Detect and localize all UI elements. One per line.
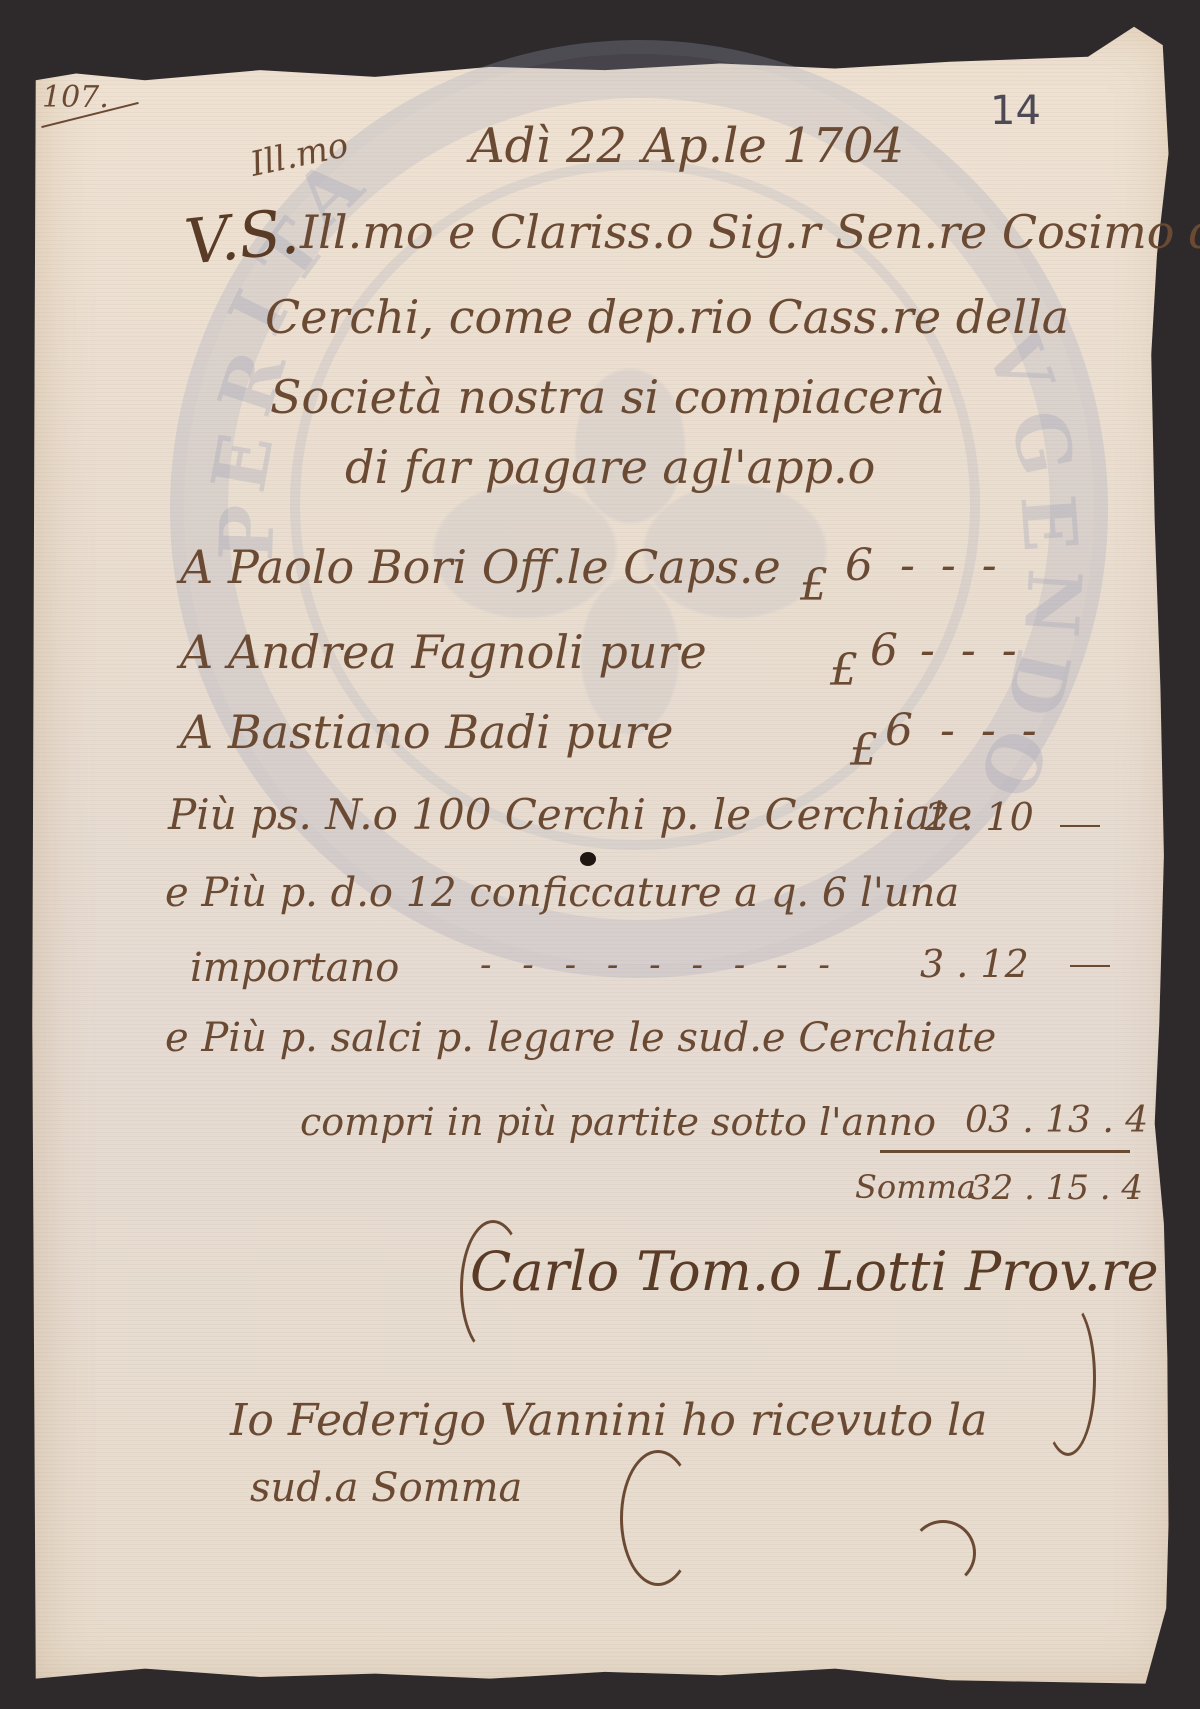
entry-3-currency: £ (850, 725, 878, 776)
entry-2-text: A Andrea Fagnoli pure (180, 625, 707, 679)
stamp-letter: G (993, 403, 1090, 483)
body-line-4: di far pagare agl'app.o (345, 440, 875, 494)
signature-flourish-right (1040, 1300, 1096, 1456)
entry-8-amount: 03 . 13 . 4 (965, 1100, 1148, 1141)
receipt-line-2: sud.a Somma (250, 1465, 522, 1511)
entry-7-text: e Più p. salci p. legare le sud.e Cerchi… (165, 1015, 996, 1061)
salutation-mark: V.S. (181, 194, 302, 278)
entry-5-text: e Più p. d.o 12 conficcature a q. 6 l'un… (165, 870, 959, 916)
entry-2-currency: £ (830, 645, 858, 696)
stamp-letter: E (196, 428, 290, 498)
entry-2-amount: 6 (870, 625, 898, 676)
entry-1-amount: 6 (845, 540, 873, 591)
date-line: Adì 22 Ap.le 1704 (470, 118, 904, 174)
entry-4-amount: 2 . 10 (925, 795, 1034, 839)
ink-blot (580, 852, 596, 866)
total-amount: 32 . 15 . 4 (970, 1168, 1143, 1208)
body-line-3: Società nostra si compiacerà (270, 370, 945, 424)
entry-3-text: A Bastiano Badi pure (180, 705, 674, 759)
entry-8-text: compri in più partite sotto l'anno (300, 1100, 936, 1144)
entry-3-amount: 6 (885, 705, 913, 756)
signature: Carlo Tom.o Lotti Prov.re (470, 1240, 1159, 1303)
receipt-line-1: Io Federigo Vannini ho ricevuto la (230, 1395, 987, 1446)
entry-3-filler: - - - (940, 705, 1043, 756)
signature-flourish (460, 1220, 526, 1356)
entry-2-filler: - - - (920, 625, 1023, 676)
page-number: 14 (990, 88, 1041, 134)
receipt-flourish-right (910, 1520, 976, 1586)
entry-1-filler: - - - (900, 540, 1003, 591)
entry-1-text: A Paolo Bori Off.le Caps.e (180, 540, 781, 594)
body-line-2: Cerchi, come dep.rio Cass.re della (265, 290, 1069, 344)
folio-number: 107. (42, 80, 109, 115)
entry-4-text: Più ps. N.o 100 Cerchi p. le Cerchiate (168, 790, 972, 839)
entry-1-currency: £ (800, 560, 828, 611)
entry-6-dash (1070, 965, 1110, 967)
receipt-flourish (620, 1450, 696, 1586)
stamp-letter: E (1003, 492, 1093, 554)
body-line-1: Ill.mo e Clariss.o Sig.r Sen.re Cosimo d… (300, 205, 1200, 259)
total-label: Somma (855, 1168, 976, 1206)
entry-6-text: importano (190, 945, 399, 991)
sum-rule (880, 1150, 1130, 1153)
entry-6-amount: 3 . 12 (920, 942, 1029, 986)
entry-6-filler: - - - - - - - - - (480, 945, 840, 985)
entry-4-dash (1060, 825, 1100, 827)
